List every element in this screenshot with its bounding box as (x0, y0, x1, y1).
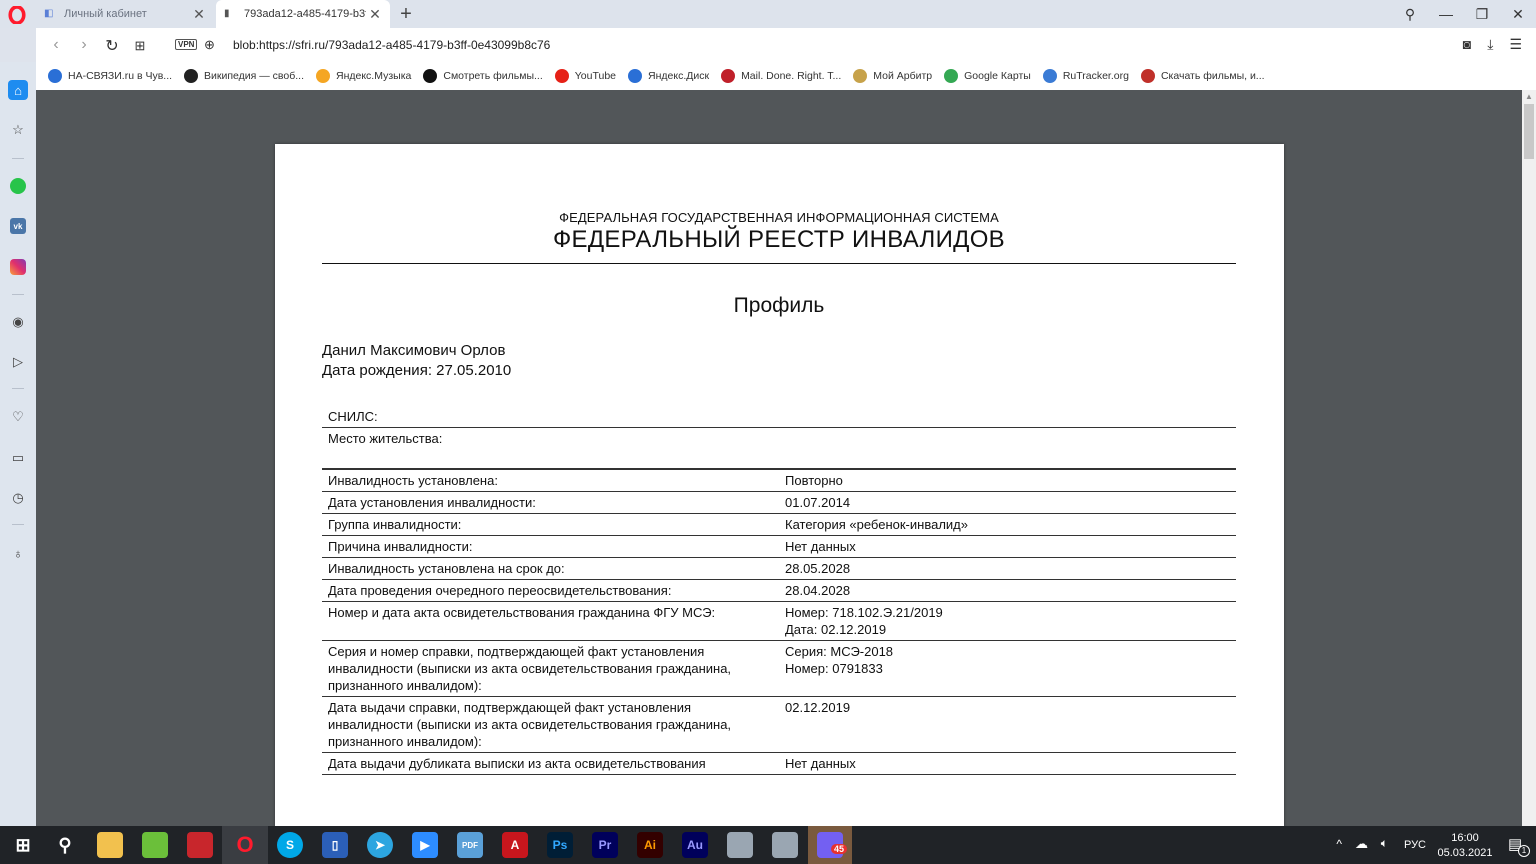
antivirus-icon[interactable] (142, 832, 168, 858)
bookmark-label: YouTube (575, 70, 616, 82)
person-info: Данил Максимович Орлов Дата рождения: 27… (322, 341, 511, 381)
table-row: Причина инвалидности:Нет данных (322, 536, 1236, 558)
notes-icon[interactable]: ▯ (322, 832, 348, 858)
scroll-thumb[interactable] (1524, 104, 1534, 159)
profile-table: СНИЛС:Место жительства:Инвалидность уста… (322, 406, 1236, 775)
language-indicator[interactable]: РУС (1404, 839, 1426, 851)
row-label: Инвалидность установлена на срок до: (322, 558, 779, 579)
tab-blob-document[interactable]: ▮ 793ada12-a485-4179-b3ff- ✕ (216, 0, 390, 28)
site-favicon-icon: ◧ (44, 8, 60, 20)
opera-icon[interactable]: O (232, 832, 258, 858)
reload-button[interactable]: ↻ (102, 36, 122, 56)
separator (12, 388, 24, 389)
window-controls: ⚲ — ❐ ✕ (1392, 0, 1536, 28)
books-icon[interactable] (187, 832, 213, 858)
row-label: Дата выдачи дубликата выписки из акта ос… (322, 753, 779, 774)
bookmark-label: Мой Арбитр (873, 70, 932, 82)
player-icon[interactable]: ◉ (8, 312, 28, 332)
row-value: Повторно (779, 470, 1236, 491)
notification-count: 1 (1518, 845, 1530, 857)
row-value (779, 428, 1236, 468)
back-button[interactable]: ‹ (46, 36, 66, 54)
devices-icon[interactable]: ▭ (8, 448, 28, 468)
bookmark-label: Яндекс.Музыка (336, 70, 411, 82)
bookmark-item[interactable]: Mail. Done. Right. T... (721, 69, 841, 83)
bookmark-item[interactable]: Смотреть фильмы... (423, 69, 542, 83)
row-value: 28.04.2028 (779, 580, 1236, 601)
row-value: 28.05.2028 (779, 558, 1236, 579)
row-value (779, 406, 1236, 427)
bookmark-item[interactable]: Википедия — своб... (184, 69, 304, 83)
row-label: Дата установления инвалидности: (322, 492, 779, 513)
person-name: Данил Максимович Орлов (322, 341, 511, 361)
row-value: Нет данных (779, 753, 1236, 774)
arbitr-icon (853, 69, 867, 83)
wikipedia-icon (184, 69, 198, 83)
cloud-icon[interactable]: ☁ (1355, 836, 1368, 852)
row-label: Серия и номер справки, подтверждающей фа… (322, 641, 779, 696)
row-label: Дата выдачи справки, подтверждающей факт… (322, 697, 779, 752)
bookmark-item[interactable]: Яндекс.Диск (628, 69, 709, 83)
section-title: Профиль (322, 294, 1236, 318)
star-icon[interactable]: ☆ (8, 120, 28, 140)
bookmark-item[interactable]: Мой Арбитр (853, 69, 932, 83)
row-value: Серия: МСЭ-2018 Номер: 0791833 (779, 641, 1236, 696)
table-row: СНИЛС: (322, 406, 1236, 428)
graduate-app-icon[interactable] (727, 832, 753, 858)
pdf-tool-icon[interactable]: PDF (457, 832, 483, 858)
new-tab-button[interactable]: + (396, 3, 416, 26)
bookmark-label: RuTracker.org (1063, 70, 1129, 82)
row-label: Номер и дата акта освидетельствования гр… (322, 602, 779, 640)
premiere-icon[interactable]: Pr (592, 832, 618, 858)
bookmark-item[interactable]: Скачать фильмы, и... (1141, 69, 1265, 83)
birth-date: Дата рождения: 27.05.2010 (322, 361, 511, 381)
bookmark-label: Википедия — своб... (204, 70, 304, 82)
bookmark-label: НА-СВЯЗИ.ru в Чув... (68, 70, 172, 82)
bookmark-label: Google Карты (964, 70, 1031, 82)
tab-title: 793ada12-a485-4179-b3ff- (244, 8, 366, 20)
bookmark-label: Яндекс.Диск (648, 70, 709, 82)
bookmark-item[interactable]: Google Карты (944, 69, 1031, 83)
table-row: Инвалидность установлена:Повторно (322, 469, 1236, 492)
download-films-icon (1141, 69, 1155, 83)
start-icon[interactable]: ⊞ (10, 832, 36, 858)
table-row: Инвалидность установлена на срок до:28.0… (322, 558, 1236, 580)
row-label: Инвалидность установлена: (322, 470, 779, 491)
youtube-icon (555, 69, 569, 83)
sidebar: ⌂ ☆ vk ◉ ▷ ♡ ▭ ◷ ♁ (0, 62, 36, 826)
row-label: Группа инвалидности: (322, 514, 779, 535)
row-value: Категория «ребенок-инвалид» (779, 514, 1236, 535)
header-title: ФЕДЕРАЛЬНЫЙ РЕЕСТР ИНВАЛИДОВ (322, 226, 1236, 254)
tab-search-icon[interactable]: ⚲ (1392, 0, 1428, 28)
bookmark-item[interactable]: Яндекс.Музыка (316, 69, 411, 83)
close-tab-icon[interactable]: ✕ (190, 6, 208, 23)
scroll-up-arrow-icon[interactable]: ▲ (1522, 90, 1536, 104)
file-explorer-icon[interactable] (97, 832, 123, 858)
vpn-badge[interactable]: VPN (175, 39, 197, 50)
close-window-button[interactable]: ✕ (1500, 0, 1536, 28)
lightbulb-icon[interactable]: ♁ (8, 543, 28, 563)
bookmarks-bar: НА-СВЯЗИ.ru в Чув...Википедия — своб...Я… (36, 62, 1536, 90)
restore-button[interactable]: ❐ (1464, 0, 1500, 28)
scrollbar[interactable]: ▲ (1522, 90, 1536, 826)
table-row: Место жительства: (322, 428, 1236, 469)
address-bar: ‹ › ↻ ⊞ VPN ⊕ blob:https://sfri.ru/793ad… (36, 28, 1536, 62)
table-row: Дата проведения очередного переосвидетел… (322, 580, 1236, 602)
table-row: Дата выдачи справки, подтверждающей факт… (322, 697, 1236, 753)
heart-icon[interactable]: ♡ (8, 407, 28, 427)
snapshot-icon[interactable]: ◙ (1463, 36, 1471, 53)
clock[interactable]: 16:00 05.03.2021 (1432, 831, 1498, 861)
send-icon[interactable]: ▷ (8, 352, 28, 372)
vk-icon[interactable]: vk (10, 218, 26, 234)
zoom-icon[interactable]: ▶ (412, 832, 438, 858)
bookmark-item[interactable]: RuTracker.org (1043, 69, 1129, 83)
instagram-icon[interactable] (10, 259, 26, 275)
download-icon[interactable]: ⤓ (1487, 36, 1493, 53)
show-hidden-icons-icon[interactable]: ^ (1336, 837, 1342, 851)
address-actions: ◙ ⤓ ☰ (1463, 36, 1522, 53)
table-row: Серия и номер справки, подтверждающей фа… (322, 641, 1236, 697)
table-row: Дата выдачи дубликата выписки из акта ос… (322, 753, 1236, 775)
bookmark-label: Скачать фильмы, и... (1161, 70, 1265, 82)
rutracker-icon (1043, 69, 1057, 83)
illustrator-icon[interactable]: Ai (637, 832, 663, 858)
map-pin-icon (944, 69, 958, 83)
separator (12, 294, 24, 295)
close-tab-icon[interactable]: ✕ (366, 6, 384, 23)
opera-menu-icon[interactable] (8, 6, 26, 24)
table-row: Номер и дата акта освидетельствования гр… (322, 602, 1236, 641)
tab-bar: ◧ Личный кабинет ✕ ▮ 793ada12-a485-4179-… (0, 0, 1536, 28)
bookmark-label: Mail. Done. Right. T... (741, 70, 841, 82)
bookmark-label: Смотреть фильмы... (443, 70, 542, 82)
separator (12, 524, 24, 525)
taskbar: ^ ☁ 🔈︎ РУС 16:00 05.03.2021 ▤ 1 ⊞⚲OS▯➤▶P… (0, 826, 1536, 864)
document-page: ФЕДЕРАЛЬНАЯ ГОСУДАРСТВЕННАЯ ИНФОРМАЦИОНН… (275, 144, 1284, 844)
speed-dial-icon[interactable]: ⊞ (130, 38, 150, 54)
globe-icon[interactable]: ⊕ (204, 37, 215, 53)
easy-setup-icon[interactable]: ☰ (1509, 36, 1522, 53)
graduate-app-2-icon[interactable] (772, 832, 798, 858)
row-value: Нет данных (779, 536, 1236, 557)
bookmark-item[interactable]: НА-СВЯЗИ.ru в Чув... (48, 69, 172, 83)
tab-title: Личный кабинет (64, 8, 190, 20)
tab-personal-cabinet[interactable]: ◧ Личный кабинет ✕ (36, 0, 214, 28)
acrobat-icon[interactable]: A (502, 832, 528, 858)
search-icon[interactable]: ⚲ (52, 832, 78, 858)
row-value: Номер: 718.102.Э.21/2019 Дата: 02.12.201… (779, 602, 1236, 640)
minimize-button[interactable]: — (1428, 0, 1464, 28)
date: 05.03.2021 (1432, 846, 1498, 861)
row-label: Дата проведения очередного переосвидетел… (322, 580, 779, 601)
header-subtitle: ФЕДЕРАЛЬНАЯ ГОСУДАРСТВЕННАЯ ИНФОРМАЦИОНН… (322, 210, 1236, 225)
telegram-icon[interactable]: ➤ (367, 832, 393, 858)
yandex-music-icon (316, 69, 330, 83)
row-label: СНИЛС: (322, 406, 779, 427)
time: 16:00 (1432, 831, 1498, 846)
skype-icon[interactable]: S (277, 832, 303, 858)
photoshop-icon[interactable]: Ps (547, 832, 573, 858)
yandex-disk-icon (628, 69, 642, 83)
document-icon: ▮ (224, 8, 240, 20)
phone-icon (48, 69, 62, 83)
url-field[interactable]: blob:https://sfri.ru/793ada12-a485-4179-… (233, 38, 550, 52)
audition-icon[interactable]: Au (682, 832, 708, 858)
history-icon[interactable]: ◷ (8, 488, 28, 508)
header-divider (322, 263, 1236, 264)
home-icon[interactable]: ⌂ (8, 80, 28, 100)
row-value: 01.07.2014 (779, 492, 1236, 513)
row-label: Место жительства: (322, 428, 779, 468)
table-row: Дата установления инвалидности:01.07.201… (322, 492, 1236, 514)
whatsapp-icon[interactable] (10, 178, 26, 194)
viber-unread-badge: 45 (831, 844, 847, 854)
volume-icon[interactable]: 🔈︎ (1381, 836, 1388, 851)
mail-icon (721, 69, 735, 83)
separator (12, 158, 24, 159)
table-row: Группа инвалидности:Категория «ребенок-и… (322, 514, 1236, 536)
forward-button[interactable]: › (74, 36, 94, 54)
notifications-button[interactable]: ▤ 1 (1508, 835, 1526, 853)
film-icon (423, 69, 437, 83)
bookmark-item[interactable]: YouTube (555, 69, 616, 83)
row-label: Причина инвалидности: (322, 536, 779, 557)
row-value: 02.12.2019 (779, 697, 1236, 752)
